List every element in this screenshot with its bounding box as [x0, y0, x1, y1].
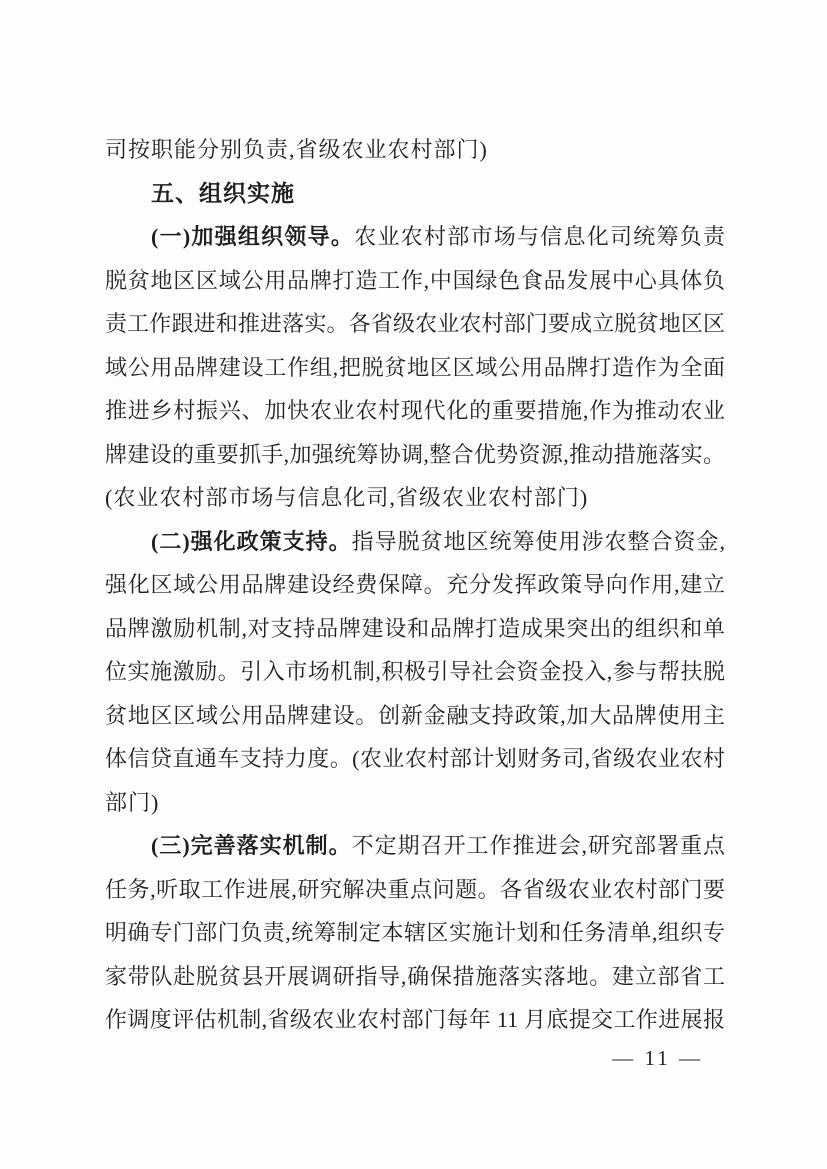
body-line: 脱贫地区区域公用品牌打造工作,中国绿色食品发展中心具体负 [105, 259, 725, 303]
body-line: 域公用品牌建设工作组,把脱贫地区区域公用品牌打造作为全面 [105, 346, 725, 390]
body-line: 作调度评估机制,省级农业农村部门每年 11 月底提交工作进展报 [105, 998, 725, 1042]
body-line: (农业农村部市场与信息化司,省级农业农村部门) [105, 476, 725, 520]
scanned-document-page: 司按职能分别负责,省级农业农村部门) 五、组织实施 (一)加强组织领导。农业农村… [0, 0, 827, 1169]
paragraph-lead-text: 农业农村部市场与信息化司统筹负责 [354, 224, 725, 249]
paragraph-lead-line: (三)完善落实机制。不定期召开工作推进会,研究部署重点 [105, 824, 725, 868]
paragraph-lead-line: (一)加强组织领导。农业农村部市场与信息化司统筹负责 [105, 215, 725, 259]
body-line: 责工作跟进和推进落实。各省级农业农村部门要成立脱贫地区区 [105, 302, 725, 346]
page-number: — 11 — [612, 1044, 703, 1072]
body-line: 位实施激励。引入市场机制,积极引导社会资金投入,参与帮扶脱 [105, 650, 725, 694]
body-line: 牌建设的重要抓手,加强统筹协调,整合优势资源,推动措施落实。 [105, 433, 725, 477]
body-line: 贫地区区域公用品牌建设。创新金融支持政策,加大品牌使用主 [105, 694, 725, 738]
paragraph-lead-text: 不定期召开工作推进会,研究部署重点 [352, 833, 725, 858]
body-line: 明确专门部门负责,统筹制定本辖区实施计划和任务清单,组织专 [105, 911, 725, 955]
body-line: 任务,听取工作进展,研究解决重点问题。各省级农业农村部门要 [105, 868, 725, 912]
paragraph-lead-bold: (二)强化政策支持。 [151, 529, 352, 554]
body-line: 体信贷直通车支持力度。(农业农村部计划财务司,省级农业农村 [105, 737, 725, 781]
body-line: 品牌激励机制,对支持品牌建设和品牌打造成果突出的组织和单 [105, 607, 725, 651]
paragraph-lead-bold: (三)完善落实机制。 [151, 833, 352, 858]
body-line: 家带队赴脱贫县开展调研指导,确保措施落实落地。建立部省工 [105, 955, 725, 999]
document-body: 司按职能分别负责,省级农业农村部门) 五、组织实施 (一)加强组织领导。农业农村… [105, 128, 725, 1042]
paragraph-lead-line: (二)强化政策支持。指导脱贫地区统筹使用涉农整合资金, [105, 520, 725, 564]
section-heading: 五、组织实施 [105, 172, 725, 216]
body-line: 部门) [105, 781, 725, 825]
body-line: 推进乡村振兴、加快农业农村现代化的重要措施,作为推动农业品 [105, 389, 725, 433]
body-line: 司按职能分别负责,省级农业农村部门) [105, 128, 725, 172]
body-line: 强化区域公用品牌建设经费保障。充分发挥政策导向作用,建立 [105, 563, 725, 607]
paragraph-lead-bold: (一)加强组织领导。 [151, 224, 354, 249]
paragraph-lead-text: 指导脱贫地区统筹使用涉农整合资金, [352, 529, 725, 554]
